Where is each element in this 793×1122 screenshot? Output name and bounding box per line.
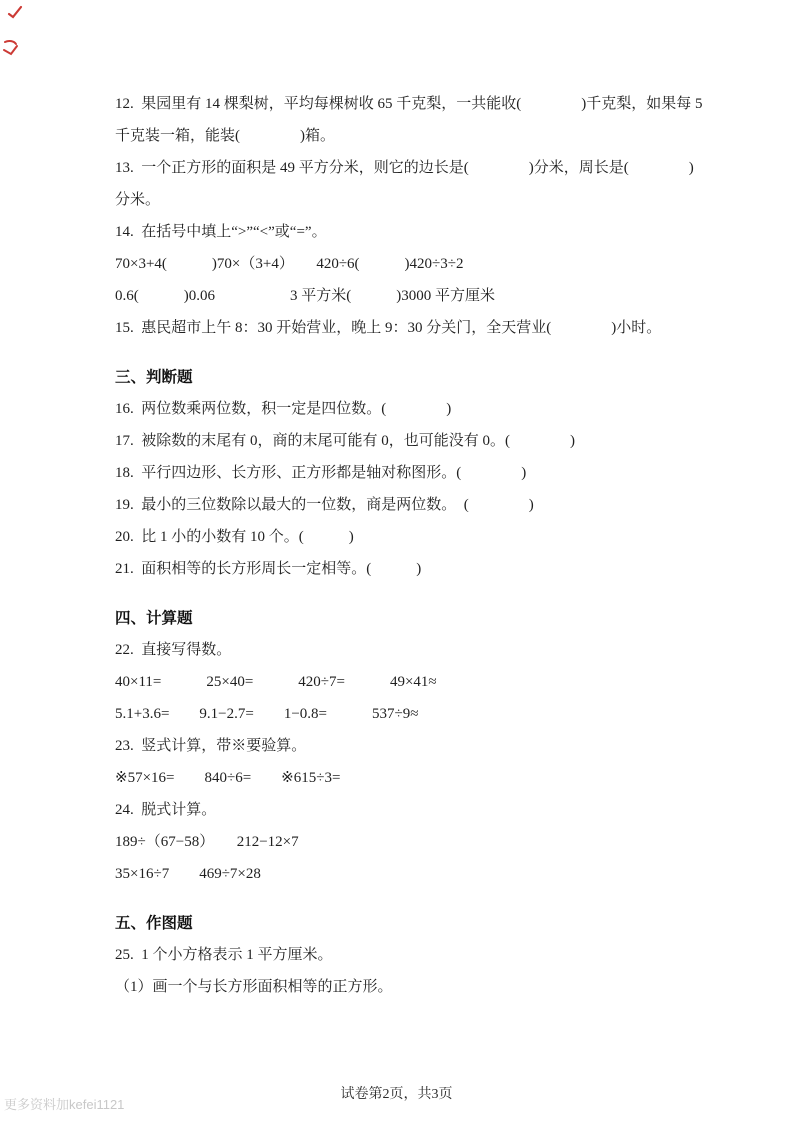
question-22-prompt: 22. 直接写得数。	[115, 641, 725, 660]
question-25-prompt: 25. 1 个小方格表示 1 平方厘米。	[115, 946, 725, 965]
question-20: 20. 比 1 小的小数有 10 个。( )	[115, 528, 725, 547]
exam-page: 12. 果园里有 14 棵梨树，平均每棵树收 65 千克梨，一共能收( )千克梨…	[0, 0, 793, 1122]
question-14-row-2: 0.6( )0.06 3 平方米( )3000 平方厘米	[115, 287, 725, 306]
question-15: 15. 惠民超市上午 8：30 开始营业，晚上 9：30 分关门，全天营业( )…	[115, 319, 725, 338]
question-13-line-1: 13. 一个正方形的面积是 49 平方分米，则它的边长是( )分米，周长是( )	[115, 159, 725, 178]
section-title-drawing: 五、作图题	[115, 914, 725, 933]
question-12-line-2: 千克装一箱，能装( )箱。	[115, 127, 725, 146]
red-pen-mark-icon	[2, 38, 19, 56]
question-21: 21. 面积相等的长方形周长一定相等。( )	[115, 560, 725, 579]
question-17: 17. 被除数的末尾有 0，商的末尾可能有 0，也可能没有 0。( )	[115, 432, 725, 451]
question-23-row-1: ※57×16= 840÷6= ※615÷3=	[115, 769, 725, 788]
question-14-row-1: 70×3+4( )70×（3+4） 420÷6( )420÷3÷2	[115, 255, 725, 274]
question-23-prompt: 23. 竖式计算，带※要验算。	[115, 737, 725, 756]
question-22-row-1: 40×11= 25×40= 420÷7= 49×41≈	[115, 673, 725, 692]
question-12-line-1: 12. 果园里有 14 棵梨树，平均每棵树收 65 千克梨，一共能收( )千克梨…	[115, 95, 725, 114]
section-title-calculation: 四、计算题	[115, 609, 725, 628]
section-title-judgment: 三、判断题	[115, 368, 725, 387]
red-pen-mark-icon	[7, 5, 23, 19]
question-13-line-2: 分米。	[115, 191, 725, 210]
question-18: 18. 平行四边形、长方形、正方形都是轴对称图形。( )	[115, 464, 725, 483]
exam-content: 12. 果园里有 14 棵梨树，平均每棵树收 65 千克梨，一共能收( )千克梨…	[115, 95, 725, 1010]
watermark-text: 更多资料加kefei1121	[4, 1094, 124, 1113]
question-24-row-2: 35×16÷7 469÷7×28	[115, 865, 725, 884]
question-19: 19. 最小的三位数除以最大的一位数，商是两位数。 ( )	[115, 496, 725, 515]
question-22-row-2: 5.1+3.6= 9.1−2.7= 1−0.8= 537÷9≈	[115, 705, 725, 724]
question-16: 16. 两位数乘两位数，积一定是四位数。( )	[115, 400, 725, 419]
question-14-prompt: 14. 在括号中填上“>”“<”或“=”。	[115, 223, 725, 242]
question-25-sub-1: （1）画一个与长方形面积相等的正方形。	[115, 978, 725, 997]
question-24-row-1: 189÷（67−58） 212−12×7	[115, 833, 725, 852]
question-24-prompt: 24. 脱式计算。	[115, 801, 725, 820]
